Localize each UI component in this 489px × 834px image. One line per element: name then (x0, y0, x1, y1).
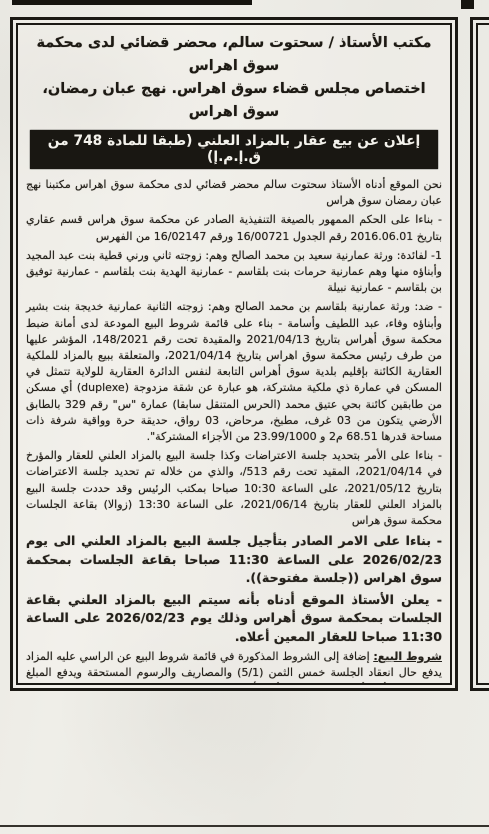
paragraph-against-and-property: - ضد: ورثة عمارنية بلقاسم بن محمد الصالح… (26, 299, 442, 445)
page-bottom-rule (0, 825, 489, 827)
paragraph-hearing-order: - بناءا على الأمر بتحديد جلسة الاعتراضات… (26, 448, 442, 529)
paragraph-sale-announcement: - يعلن الأستاذ الموقع أدناه بأنه سيتم ال… (26, 591, 442, 647)
paragraph-intro: نحن الموقع أدناه الأستاذ سحتوت سالم محضر… (26, 177, 442, 209)
torn-border-remnant-top (12, 0, 252, 5)
bailiff-office-line: مكتب الأستاذ / سحتوت سالم، محضر قضائي لد… (28, 32, 440, 78)
notice-body: نحن الموقع أدناه الأستاذ سحتوت سالم محضر… (26, 175, 442, 685)
paragraph-beneficiaries: 1- لفائدة: ورثة عمارنية سعيد بن محمد الص… (26, 248, 442, 297)
bailiff-address-line: اختصاص مجلس قضاء سوق اهراس. نهج عبان رمض… (28, 78, 440, 124)
legal-notice-box: مكتب الأستاذ / سحتوت سالم، محضر قضائي لد… (10, 17, 458, 691)
paragraph-postponement: - بناءا على الامر الصادر بتأجيل جلسة الب… (26, 532, 442, 588)
torn-border-remnant-corner (461, 0, 474, 9)
adjacent-advert-inner-rule (476, 23, 489, 685)
adjacent-advert-frame-fragment (470, 17, 489, 691)
paragraph-sale-terms: شروط البيع: إضافة إلى الشروط المذكورة في… (26, 649, 442, 685)
legal-notice-content: مكتب الأستاذ / سحتوت سالم، محضر قضائي لد… (16, 23, 452, 685)
paragraph-judgment: - بناءا على الحكم الممهور بالصيغة التنفي… (26, 212, 442, 244)
notice-title-banner: إعلان عن بيع عقار بالمزاد العلني (طبقا ل… (30, 130, 438, 169)
sale-terms-label: شروط البيع: (373, 650, 442, 663)
scanned-newspaper-page: مكتب الأستاذ / سحتوت سالم، محضر قضائي لد… (0, 0, 489, 834)
notice-header: مكتب الأستاذ / سحتوت سالم، محضر قضائي لد… (28, 32, 440, 124)
